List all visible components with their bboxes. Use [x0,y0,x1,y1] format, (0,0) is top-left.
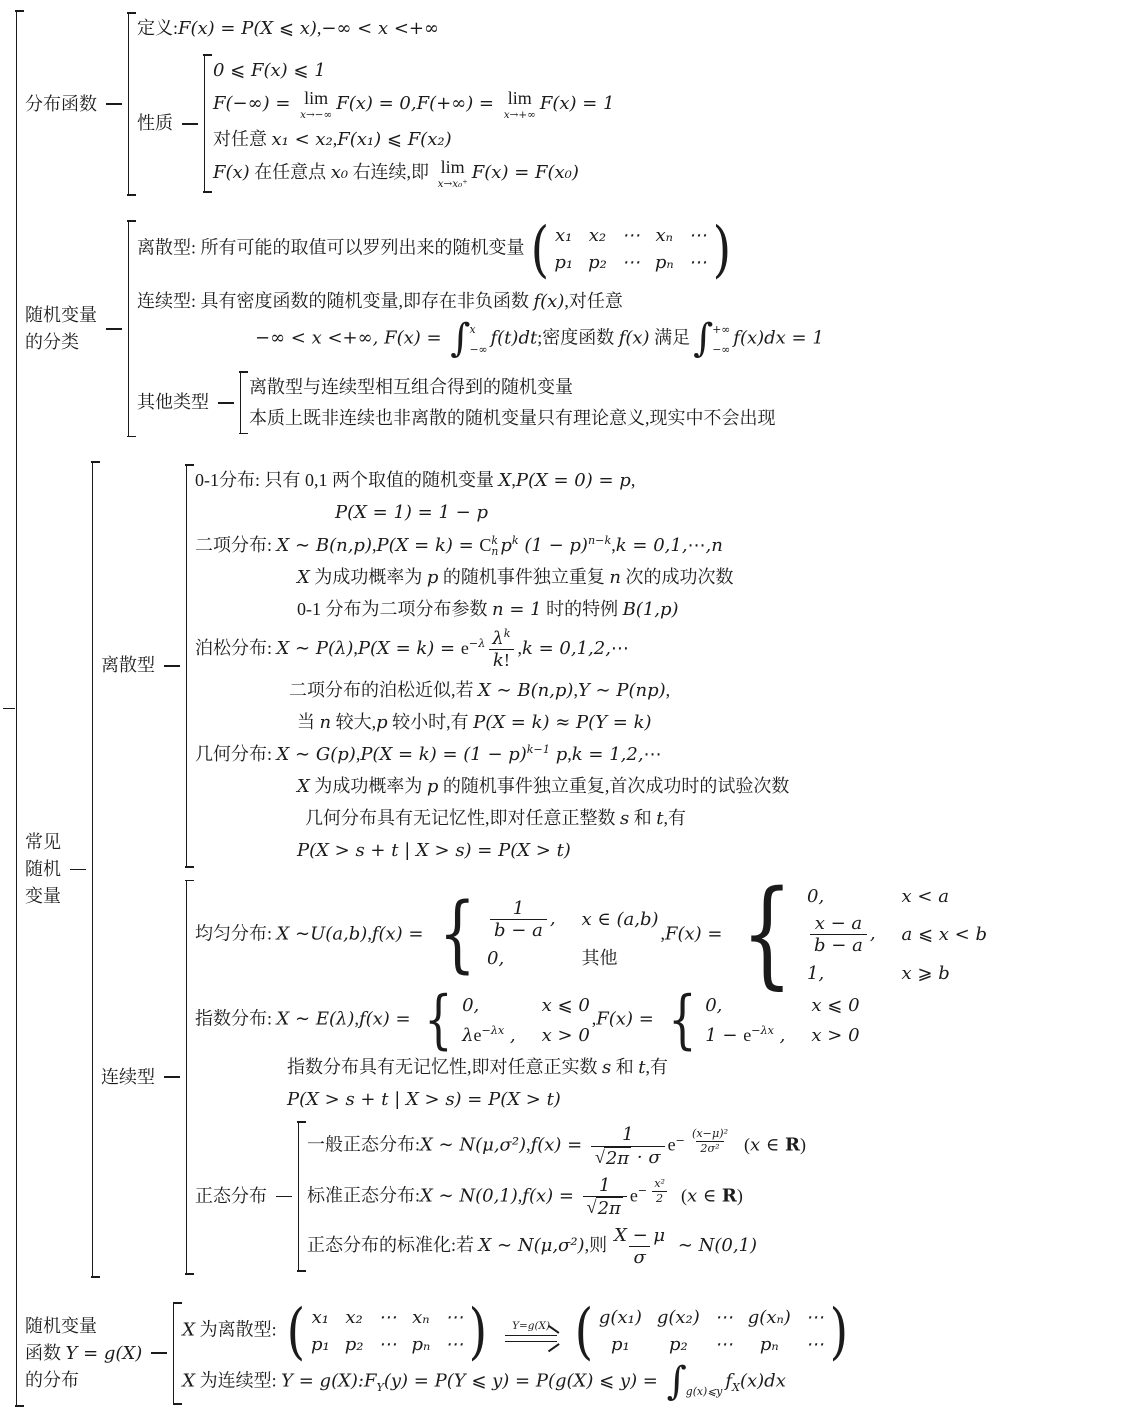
bold-run: R [722,1185,737,1206]
matrix-cell: x₂ [345,1305,364,1331]
matrix-cell: xₙ [655,223,674,249]
formula-line: F(−∞) = limx→−∞F(x) = 0,F(+∞) = limx→+∞F… [213,89,615,121]
math-run: x ∈ [750,1135,785,1156]
math-run: X ∼ N(μ,σ²) [479,1235,585,1256]
formula-line: 0-1 分布为二项分布参数 n = 1 时的特例 B(1,p) [195,596,789,623]
formula-line: 几何分布具有无记忆性,即对任意正整数 s 和 t,有 [195,805,789,832]
math-run: Y = g(X) [66,1343,143,1364]
math-run: X − μ [614,1225,665,1246]
matrix-cell: pₙ [655,250,674,276]
text-run: ) [800,1135,806,1155]
superscript: k [512,535,519,547]
cases-grid: 1b − a,x ∈ (a,b)0,其他 [487,898,658,972]
label-line: 随机变量 [25,302,97,329]
children-common-random-variables: 离散型0-1分布: 只有 0,1 两个取值的随机变量 X,P(X = 0) = … [101,461,989,1278]
branch-common-random-variables: 常见随机变量离散型0-1分布: 只有 0,1 两个取值的随机变量 X,P(X =… [25,461,989,1278]
matrix-cell: x₁ [311,1305,330,1331]
children-rv-classification: 离散型: 所有可能的取值可以罗列出来的随机变量(x₁p₁x₂p₂⋯⋯xₙpₙ⋯⋯… [137,220,824,437]
lim-word: lim [441,158,465,177]
math-run: 1, [807,963,824,984]
math-run: f(x) [534,291,565,312]
superscript: k−1 [527,744,550,756]
integral: ∫g(x)⩽y [667,1363,723,1402]
formula-line: P(X > s + t | X > s) = P(X > t) [195,837,789,864]
lim-word: lim [508,89,532,108]
matrix-cell: ⋯ [689,250,707,276]
case-cell: 0, [487,945,556,972]
integral-limits: +∞−∞ [712,320,730,359]
left-paren-icon: ( [530,224,549,276]
branch-other-types: 其他类型离散型与连续型相互组合得到的随机变量本质上既非连续也非离散的随机变量只有… [137,371,824,434]
label-line: 随机 [25,856,61,883]
label-line: 连续型 [101,1064,155,1091]
text-run: 和 [629,808,656,828]
children-other-types: 离散型与连续型相互组合得到的随机变量本质上既非连续也非离散的随机变量只有理论意义… [249,371,776,434]
right-paren-icon: ) [829,1306,848,1358]
matrix-grid: x₁p₁x₂p₂⋯⋯xₙpₙ⋯⋯ [551,223,709,276]
formula-line: 连续型: 具有密度函数的随机变量,即存在非负函数 f(x),对任意 [137,288,824,315]
numerator: (x−μ)² [688,1127,732,1141]
bold-run: R [785,1135,800,1156]
case-cell: x ∈ (a,b) [582,906,659,933]
matrix-cell: ⋯ [445,1305,463,1331]
math-run: x₀ [331,162,348,183]
matrix-cell: p₂ [588,250,607,276]
formula-line: P(X = 1) = 1 − p [195,499,789,526]
formula-line: 离散型: 所有可能的取值可以罗列出来的随机变量(x₁p₁x₂p₂⋯⋯xₙpₙ⋯⋯… [137,223,824,276]
text-run: e [668,1135,676,1155]
matrix-cell: ⋯ [806,1305,824,1331]
upper-limit: +∞ [712,322,730,338]
text-run: 的随机事件独立重复,首次成功时的试验次数 [438,776,789,796]
math-run: P(X = 1) = 1 − p [335,502,488,523]
matrix-cell: ⋯ [715,1305,733,1331]
piecewise-cases: {1b − a,x ∈ (a,b)0,其他 [431,898,658,972]
text-run: 为成功概率为 [310,776,427,796]
formula-line: 0-1分布: 只有 0,1 两个取值的随机变量 X,P(X = 0) = p, [195,467,789,494]
math-run: F(x) = [596,1009,659,1030]
left-paren-icon: ( [575,1306,594,1358]
numerator: 1 [595,1175,614,1197]
case-cell: 其他 [582,945,659,971]
math-run: −∞ < x <+∞, F(x) = [255,328,447,349]
text-run: 二项分布的泊松近似,若 [289,680,478,700]
math-run: x < a [902,886,949,907]
formula-line: 一般正态分布:X ∼ N(μ,σ²),f(x) = 1√2π · σe−(x−μ… [307,1124,806,1169]
superscript: −λ [469,638,485,650]
text-run: 泊松分布: [195,638,277,658]
math-run: − [676,1134,685,1147]
fraction: 1b − a [490,898,547,942]
math-run: 0, [462,995,479,1016]
text-run: 本质上既非连续也非离散的随机变量只有理论意义,现实中不会出现 [249,408,776,428]
superscript: k [504,628,511,640]
upper-limit: x [469,322,487,338]
text-run: 0-1 分布为二项分布参数 [297,599,492,619]
math-run: (x)dx [740,1371,786,1392]
math-run: P(X > s + t | X > s) = P(X > t) [287,1089,561,1110]
text-run: 变量 [25,886,61,906]
math-run: (x−μ)² [692,1127,728,1140]
limit-operator: limx→+∞ [504,89,536,121]
lower-limit: −∞ [712,342,730,358]
super-subscript-stack: kn [491,535,498,559]
case-cell: x ⩾ b [902,960,987,987]
denominator: 2 [652,1191,667,1206]
math-run: − [638,1184,647,1197]
text-run: 在任意点 [250,162,331,182]
math-run: k [493,650,504,671]
bracket-rv-classification: 离散型: 所有可能的取值可以罗列出来的随机变量(x₁p₁x₂p₂⋯⋯xₙpₙ⋯⋯… [128,220,824,437]
discrete-def-line: 离散型: 所有可能的取值可以罗列出来的随机变量(x₁p₁x₂p₂⋯⋯xₙpₙ⋯⋯… [137,223,824,276]
text-run: 次的成功次数 [621,567,734,587]
function-of-rv-lines: X 为离散型: (x₁p₁x₂p₂⋯⋯xₙpₙ⋯⋯)Y=g(X)(g(x₁)p₁… [182,1305,853,1402]
properties-lines: 0 ⩽ F(x) ⩽ 1F(−∞) = limx→−∞F(x) = 0,F(+∞… [213,57,615,190]
continuous-distributions: 均匀分布: X ∼U(a,b),f(x) = {1b − a,x ∈ (a,b)… [195,883,989,1114]
definition-line: 定义:F(x) = P(X ⩽ x),−∞ < x <+∞ [137,15,615,42]
text-run: 均匀分布: [195,923,277,943]
text-run: ,有 [663,808,686,828]
limit-subscript: x→+∞ [504,110,536,121]
text-run: 当 [297,712,320,732]
formula-line: 指数分布具有无记忆性,即对任意正实数 s 和 t,有 [195,1054,989,1081]
text-run: 几何分布: [195,744,277,764]
text-run: 定义: [137,18,178,38]
math-run: p [427,567,439,588]
text-run: 为离散型: [195,1320,281,1340]
math-run: f(x) [619,328,650,349]
math-run: 0, [487,948,504,969]
label-line: 离散型 [101,652,155,679]
text-run: 为成功概率为 [310,567,427,587]
math-run: x > 0 [811,1025,859,1046]
formula-line: X 为成功概率为 p 的随机事件独立重复 n 次的成功次数 [195,564,789,591]
label-discrete-type: 离散型 [101,652,155,679]
math-run: , [504,1025,515,1046]
text-run: 函数 [25,1343,66,1363]
label-properties: 性质 [137,110,173,137]
connector-dash [106,328,122,330]
math-run: f(x) = [372,923,429,944]
lower-limit: −∞ [469,342,487,358]
math-run: (1 − p) [519,535,588,556]
probability-matrix: (x₁p₁x₂p₂⋯⋯xₙpₙ⋯⋯) [528,223,734,276]
matrix-cell: p₂ [657,1332,700,1358]
sub-part: n [491,546,498,558]
integral-icon: ∫ [450,320,470,359]
maps-to-arrow: Y=g(X) [505,1321,557,1341]
text-run: 分布函数 [25,94,97,114]
fraction: λkk! [488,628,514,672]
math-run: f(x) = [531,1135,588,1156]
math-run: x − a [815,913,862,934]
children-discrete-type: 0-1分布: 只有 0,1 两个取值的随机变量 X,P(X = 0) = p,P… [195,464,789,867]
text-run: 右连续,即 [348,162,434,182]
fraction: x − ab − a [810,913,867,957]
math-run: F(−∞) = [213,93,296,114]
text-run: ! [504,650,510,670]
fraction: 1√2π [583,1175,627,1220]
text-run: 随机变量 [25,1316,97,1336]
bracket-discrete-type: 0-1分布: 只有 0,1 两个取值的随机变量 X,P(X = 0) = p,P… [186,464,789,867]
left-brace-icon: { [741,885,793,984]
text-run: 连续型 [101,1067,155,1087]
matrix-cell: ⋯ [715,1332,733,1358]
math-run: x ∈ [687,1185,722,1206]
math-run: f(x) = [359,1009,416,1030]
text-run: 离散型与连续型相互组合得到的随机变量 [249,377,573,397]
formula-line: 对任意 x₁ < x₂,F(x₁) ⩽ F(x₂) [213,126,615,153]
text-run: 指数分布: [195,1009,277,1029]
label-line: 函数 Y = g(X) [25,1340,142,1367]
children-function-of-rv: X 为离散型: (x₁p₁x₂p₂⋯⋯xₙpₙ⋯⋯)Y=g(X)(g(x₁)p₁… [182,1302,853,1405]
math-run: k = 0,1,2,⋯ [522,638,629,659]
mindmap-sections: 分布函数定义:F(x) = P(X ⩽ x),−∞ < x <+∞性质0 ⩽ F… [25,9,989,1408]
matrix-grid: x₁p₁x₂p₂⋯⋯xₙpₙ⋯⋯ [308,1305,466,1358]
text-run: ) [737,1185,743,1205]
integral-limits: x−∞ [469,320,487,359]
math-run: , [870,923,876,944]
label-line: 随机变量 [25,1313,142,1340]
text-run: ( [735,1135,750,1155]
children-distribution-function: 定义:F(x) = P(X ⩽ x),−∞ < x <+∞性质0 ⩽ F(x) … [137,12,615,196]
case-cell: a ⩽ x < b [902,921,987,948]
formula-line: 泊松分布: X ∼ P(λ),P(X = k) = e−λλkk!,k = 0,… [195,628,789,672]
connector-dash [151,1352,167,1354]
limit-operator: limx→−∞ [300,89,332,121]
text-run: 正态分布 [195,1186,267,1206]
left-brace-icon: { [439,899,476,970]
math-run: x₁ < x₂ [272,129,333,150]
lower-limit: g(x)⩽y [686,1384,723,1400]
integral-icon: ∫ [667,1363,687,1402]
math-run: f(x) = [522,1185,579,1206]
branch-normal-distribution: 正态分布一般正态分布:X ∼ N(μ,σ²),f(x) = 1√2π · σe−… [195,1121,989,1272]
matrix-cell: ⋯ [622,223,640,249]
math-run: 1 [599,1175,610,1196]
matrix-cell: ⋯ [689,223,707,249]
text-run: 时的特例 [542,599,623,619]
integral: ∫x−∞ [450,320,487,359]
case-cell: 0, [462,992,516,1019]
math-run: 2σ² [700,1142,719,1155]
text-run: e [461,638,469,658]
math-run: f(t)dt [491,328,538,349]
piecewise-cases: {0,x < ax − ab − a,a ⩽ x < b1,x ⩾ b [730,883,987,987]
cases-grid: 0,x ⩽ 0λe−λx ,x > 0 [462,992,590,1049]
matrix-cell: pₙ [748,1332,791,1358]
connector-dash [70,869,86,871]
left-brace-icon: { [424,993,453,1047]
case-cell: x > 0 [542,1022,590,1049]
limit-subscript: x→−∞ [300,110,332,121]
limit-operator: limx→x₀⁺ [438,158,468,190]
text-run: 离散型 [101,655,155,675]
formula-line: 定义:F(x) = P(X ⩽ x),−∞ < x <+∞ [137,15,615,42]
math-run: p [500,535,512,556]
math-run: k [504,627,511,640]
case-cell: x − ab − a, [807,913,876,957]
text-run: ,则 [585,1235,608,1255]
text-run: e [630,1185,638,1205]
branch-properties: 性质0 ⩽ F(x) ⩽ 1F(−∞) = limx→−∞F(x) = 0,F(… [137,54,615,193]
denominator: b − a [810,934,867,957]
text-run: 指数分布具有无记忆性,即对任意正实数 [287,1057,602,1077]
connector-dash [276,1196,292,1198]
bracket-function-of-rv: X 为离散型: (x₁p₁x₂p₂⋯⋯xₙpₙ⋯⋯)Y=g(X)(g(x₁)p₁… [173,1302,853,1405]
matrix-cell: x₁ [554,223,573,249]
denominator: k! [489,649,514,672]
connector-dash [164,1076,180,1078]
matrix-cell: p₁ [554,250,573,276]
math-run: , [550,908,556,929]
right-paren-icon: ) [469,1306,488,1358]
label-common-random-variables: 常见随机变量 [25,829,61,910]
label-line: 变量 [25,883,61,910]
case-cell: 1b − a, [487,898,556,942]
math-run: k−1 [527,743,550,756]
math-run: 2 [656,1192,663,1205]
label-line: 的分布 [25,1367,142,1394]
matrix-cell: p₁ [599,1332,642,1358]
formula-line: 0 ⩽ F(x) ⩽ 1 [213,57,615,84]
text-run: 离散型: 所有可能的取值可以罗列出来的随机变量 [137,238,525,258]
matrix-cell: x₂ [588,223,607,249]
math-run: X ∼U(a,b) [277,923,368,944]
math-run: F(x) = [665,923,728,944]
radicand: 2π [604,1147,631,1170]
branch-continuous-type: 连续型均匀分布: X ∼U(a,b),f(x) = {1b − a,x ∈ (a… [101,880,989,1275]
matrix-cell: ⋯ [445,1332,463,1358]
subscript: X [732,1382,740,1394]
math-run: X ∼ G(p) [277,744,356,765]
math-run: X ∼ B(n,p) [277,535,372,556]
square-root: √2π [595,1147,631,1170]
connector-dash [182,123,198,125]
text-run: 几何分布具有无记忆性,即对任意正整数 [305,808,620,828]
matrix-cell: ⋯ [806,1332,824,1358]
fraction: x²2 [650,1177,669,1207]
math-run: p [427,776,439,797]
case-cell: 1 − e−λx , [705,1022,785,1049]
math-run: Y = g(X):F [281,1371,376,1392]
math-run: 0, [807,886,824,907]
math-run: Y ∼ P(np) [578,680,666,701]
case-cell: λe−λx , [462,1022,516,1049]
text-run: 二项分布: [195,535,277,555]
branch-function-of-rv: 随机变量函数 Y = g(X)的分布X 为离散型: (x₁p₁x₂p₂⋯⋯xₙp… [25,1302,989,1405]
math-run: 2π [606,1148,629,1169]
label-other-types: 其他类型 [137,389,209,416]
math-run: P(X = k) = [358,638,461,659]
math-run: P(X = k) = [376,535,479,556]
math-run: F(x) [213,162,250,183]
formula-line: 本质上既非连续也非离散的随机变量只有理论意义,现实中不会出现 [249,405,776,431]
children-normal-distribution: 一般正态分布:X ∼ N(μ,σ²),f(x) = 1√2π · σe−(x−μ… [307,1121,806,1272]
numerator: λk [488,628,514,650]
fraction: (x−μ)²2σ² [688,1127,732,1157]
math-run: λ [462,1025,473,1046]
label-line: 其他类型 [137,389,209,416]
text-run: 0-1分布: 只有 0,1 两个取值的随机变量 [195,470,499,490]
matrix-cell: p₁ [311,1332,330,1358]
math-run: X ∼ E(λ) [277,1009,355,1030]
text-run: 性质 [137,113,173,133]
probability-matrix: (g(x₁)p₁g(x₂)p₂⋯⋯g(xₙ)pₙ⋯⋯) [572,1305,851,1358]
math-run: F(x₁) ⩽ F(x₂) [337,129,451,150]
double-arrow-icon [505,1335,557,1342]
math-run: X ∼ B(n,p) [478,680,573,701]
superscript: −(x−μ)²2σ² [676,1135,735,1147]
left-paren-icon: ( [287,1306,306,1358]
text-run: 的分类 [25,332,79,352]
math-run: X [297,567,310,588]
math-run: x ⩽ 0 [811,995,859,1016]
math-run: F(x) = 1 [540,93,615,114]
text-run: 和 [611,1057,638,1077]
math-run: X [499,470,512,491]
math-run: x ⩽ 0 [542,995,590,1016]
formula-line: X 为成功概率为 p 的随机事件独立重复,首次成功时的试验次数 [195,773,789,800]
left-brace-icon: { [668,993,697,1047]
math-run: F(x) = 0,F(+∞) = [336,93,500,114]
math-run: (y) = P(Y ⩽ y) = P(g(X) ⩽ y) = [384,1371,664,1392]
matrix-cell: xₙ [411,1305,430,1331]
numerator: x − a [811,913,866,935]
math-run: n = 1 [492,599,542,620]
root-connector-tick [3,708,15,710]
text-run: 连续型: 具有密度函数的随机变量,即存在非负函数 [137,291,534,311]
math-run: n [609,567,621,588]
text-run: C [479,535,491,555]
matrix-cell: ⋯ [378,1305,396,1331]
bracket-properties: 0 ⩽ F(x) ⩽ 1F(−∞) = limx→−∞F(x) = 0,F(+∞… [204,54,615,193]
text-run: , [666,680,671,700]
math-run: F(x) = P(X ⩽ x) [178,18,317,39]
text-run: 较小时,有 [388,712,474,732]
case-cell: x ⩽ 0 [542,992,590,1019]
text-run: 较大, [331,712,376,732]
formula-line: 指数分布: X ∼ E(λ),f(x) = {0,x ⩽ 0λe−λx ,x >… [195,992,989,1049]
math-run: k = 1,2,⋯ [572,744,662,765]
math-run: 1 [622,1124,633,1145]
numerator: 1 [618,1124,637,1146]
text-run: ,对任意 [564,291,623,311]
math-run: σ [633,1247,645,1268]
branch-rv-classification: 随机变量的分类离散型: 所有可能的取值可以罗列出来的随机变量(x₁p₁x₂p₂⋯… [25,220,989,437]
matrix-cell: p₂ [345,1332,364,1358]
math-run: 1 − [705,1025,743,1046]
matrix-cell: ⋯ [622,250,640,276]
numerator: 1 [509,898,528,920]
text-run: 随机 [25,859,61,879]
math-run: 1 [513,898,524,919]
text-run: 标准正态分布: [307,1185,420,1205]
formula-line: X 为连续型: Y = g(X):FY(y) = P(Y ⩽ y) = P(g(… [182,1363,853,1402]
label-line: 的分类 [25,329,97,356]
text-run: 随机变量 [25,305,97,325]
denominator: σ [629,1246,649,1269]
math-run: X [297,776,310,797]
math-run: k = 0,1,⋯,n [616,535,723,556]
math-run: X ∼ P(λ) [277,638,354,659]
formula-line: 二项分布的泊松近似,若 X ∼ B(n,p),Y ∼ P(np), [195,677,789,704]
math-run: F(x) = F(x₀) [472,162,579,183]
math-run: , [774,1025,785,1046]
text-run: 满足 [650,328,691,348]
superscript: −λx [751,1025,774,1037]
text-run: ;密度函数 [537,328,619,348]
